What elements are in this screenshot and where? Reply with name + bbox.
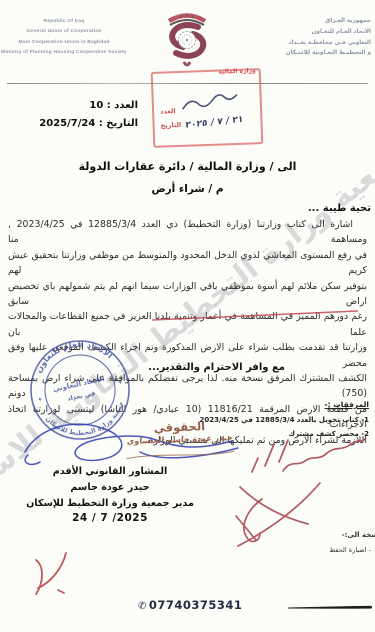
body-line: اشارة الى كتاب وزارتنا (وزارة التخطيط) ذ… [8,217,367,248]
signature-block: المشاور القانوني الأقدم حيدر عودة جاسم م… [26,464,194,527]
incoming-stamp-date-label: التاريخ [160,121,181,130]
reference-block: العدد : 10 التاريخ : 2025/7/24 [16,97,138,133]
scanned-letter-page: جمعية وزارة التخطيط التعاونية للاسكان Re… [0,0,375,632]
copy-to-item: - اضبارة الحفظ [301,546,371,554]
incoming-stamp-date-value: ٢١ / ٧ / ٢٠٢٥ [185,115,244,131]
signature-date: 2025/ 7 / 24 [26,511,194,527]
copy-to-title: نسخة الى:- [301,531,375,539]
signatory-role: المشاور القانوني الأقدم [26,464,194,480]
incoming-mail-stamp: وزارة المالية العدد التاريخ ٢١ / ٧ / ٢٠٢… [151,68,264,148]
letterhead-english: Republic Of Iraq General Union of Cooper… [0,17,152,59]
letterhead-english-line: Main Cooperation Union in Baghdad [0,38,152,48]
legal-stamp-flourish [124,449,236,461]
phone-number: 07740375341 [149,598,243,612]
letterhead-english-line: Ministry of Planning Housing Cooperative… [0,48,152,58]
phone-icon: ✆ [138,601,147,612]
letterhead-arabic: جمهورية العـراق الاتحاد العـام للتعـاون … [249,16,371,59]
addressee-line: الى / وزارة المالية / دائرة عقارات الدول… [0,160,375,173]
body-line: بتوفير سكن ملائم لهم أسوة بموظفي باقي ال… [8,279,367,310]
letterhead-arabic-line: الاتحاد العـام للتعـاون [249,27,371,38]
greeting-line: تحية طيبة ... [308,203,371,214]
red-initial-ink [36,553,66,594]
reference-date: التاريخ : 2025/7/24 [16,115,138,133]
signatory-name: حيدر عودة جاسم [26,480,194,496]
letterhead-arabic-line: التعاوني فـي محافظـة بغــداد [249,38,371,49]
body-line: الكشف المشترك المرفق نسخة منه. لذا يرجى … [8,371,367,402]
copy-to-block: نسخة الى:- - اضبارة الحفظ [301,531,375,554]
footer-phone: ✆07740375341 [138,598,242,612]
body-line: في رفع المستوى المعاشي لذوي الدخل المحدو… [8,248,367,279]
attachments-title: المرفقات :- [159,400,369,409]
letterhead-english-line: General Union of Cooperation [0,27,152,37]
signatory-position: مدير جمعية وزارة التخطيط للإسكان [26,496,194,512]
letterhead-english-line: Republic Of Iraq [0,17,152,27]
incoming-stamp-office: وزارة المالية [218,67,255,75]
red-annotation-ink [236,439,365,546]
footer-scan-line [288,606,372,610]
subject-line: م / شراء أرض [0,183,375,195]
union-emblem-icon [156,6,218,74]
letterhead-arabic-line: و التخطيـط التعـاونية للاسـكان [249,48,371,59]
closing-line: مع وافر الاحترام والتقدير... [148,362,285,373]
reference-number: العدد : 10 [16,97,138,115]
body-line: رغم دورهم المميز في المساهمة في أعمار وت… [8,309,367,340]
letterhead-arabic-line: جمهورية العـراق [249,16,371,27]
legal-officer-stamp: الحقوقي حيدر عودة جاسم العيساوي [119,418,240,465]
incoming-stamp-number-label: العدد [160,107,176,116]
handwritten-number-scribble [179,93,244,115]
